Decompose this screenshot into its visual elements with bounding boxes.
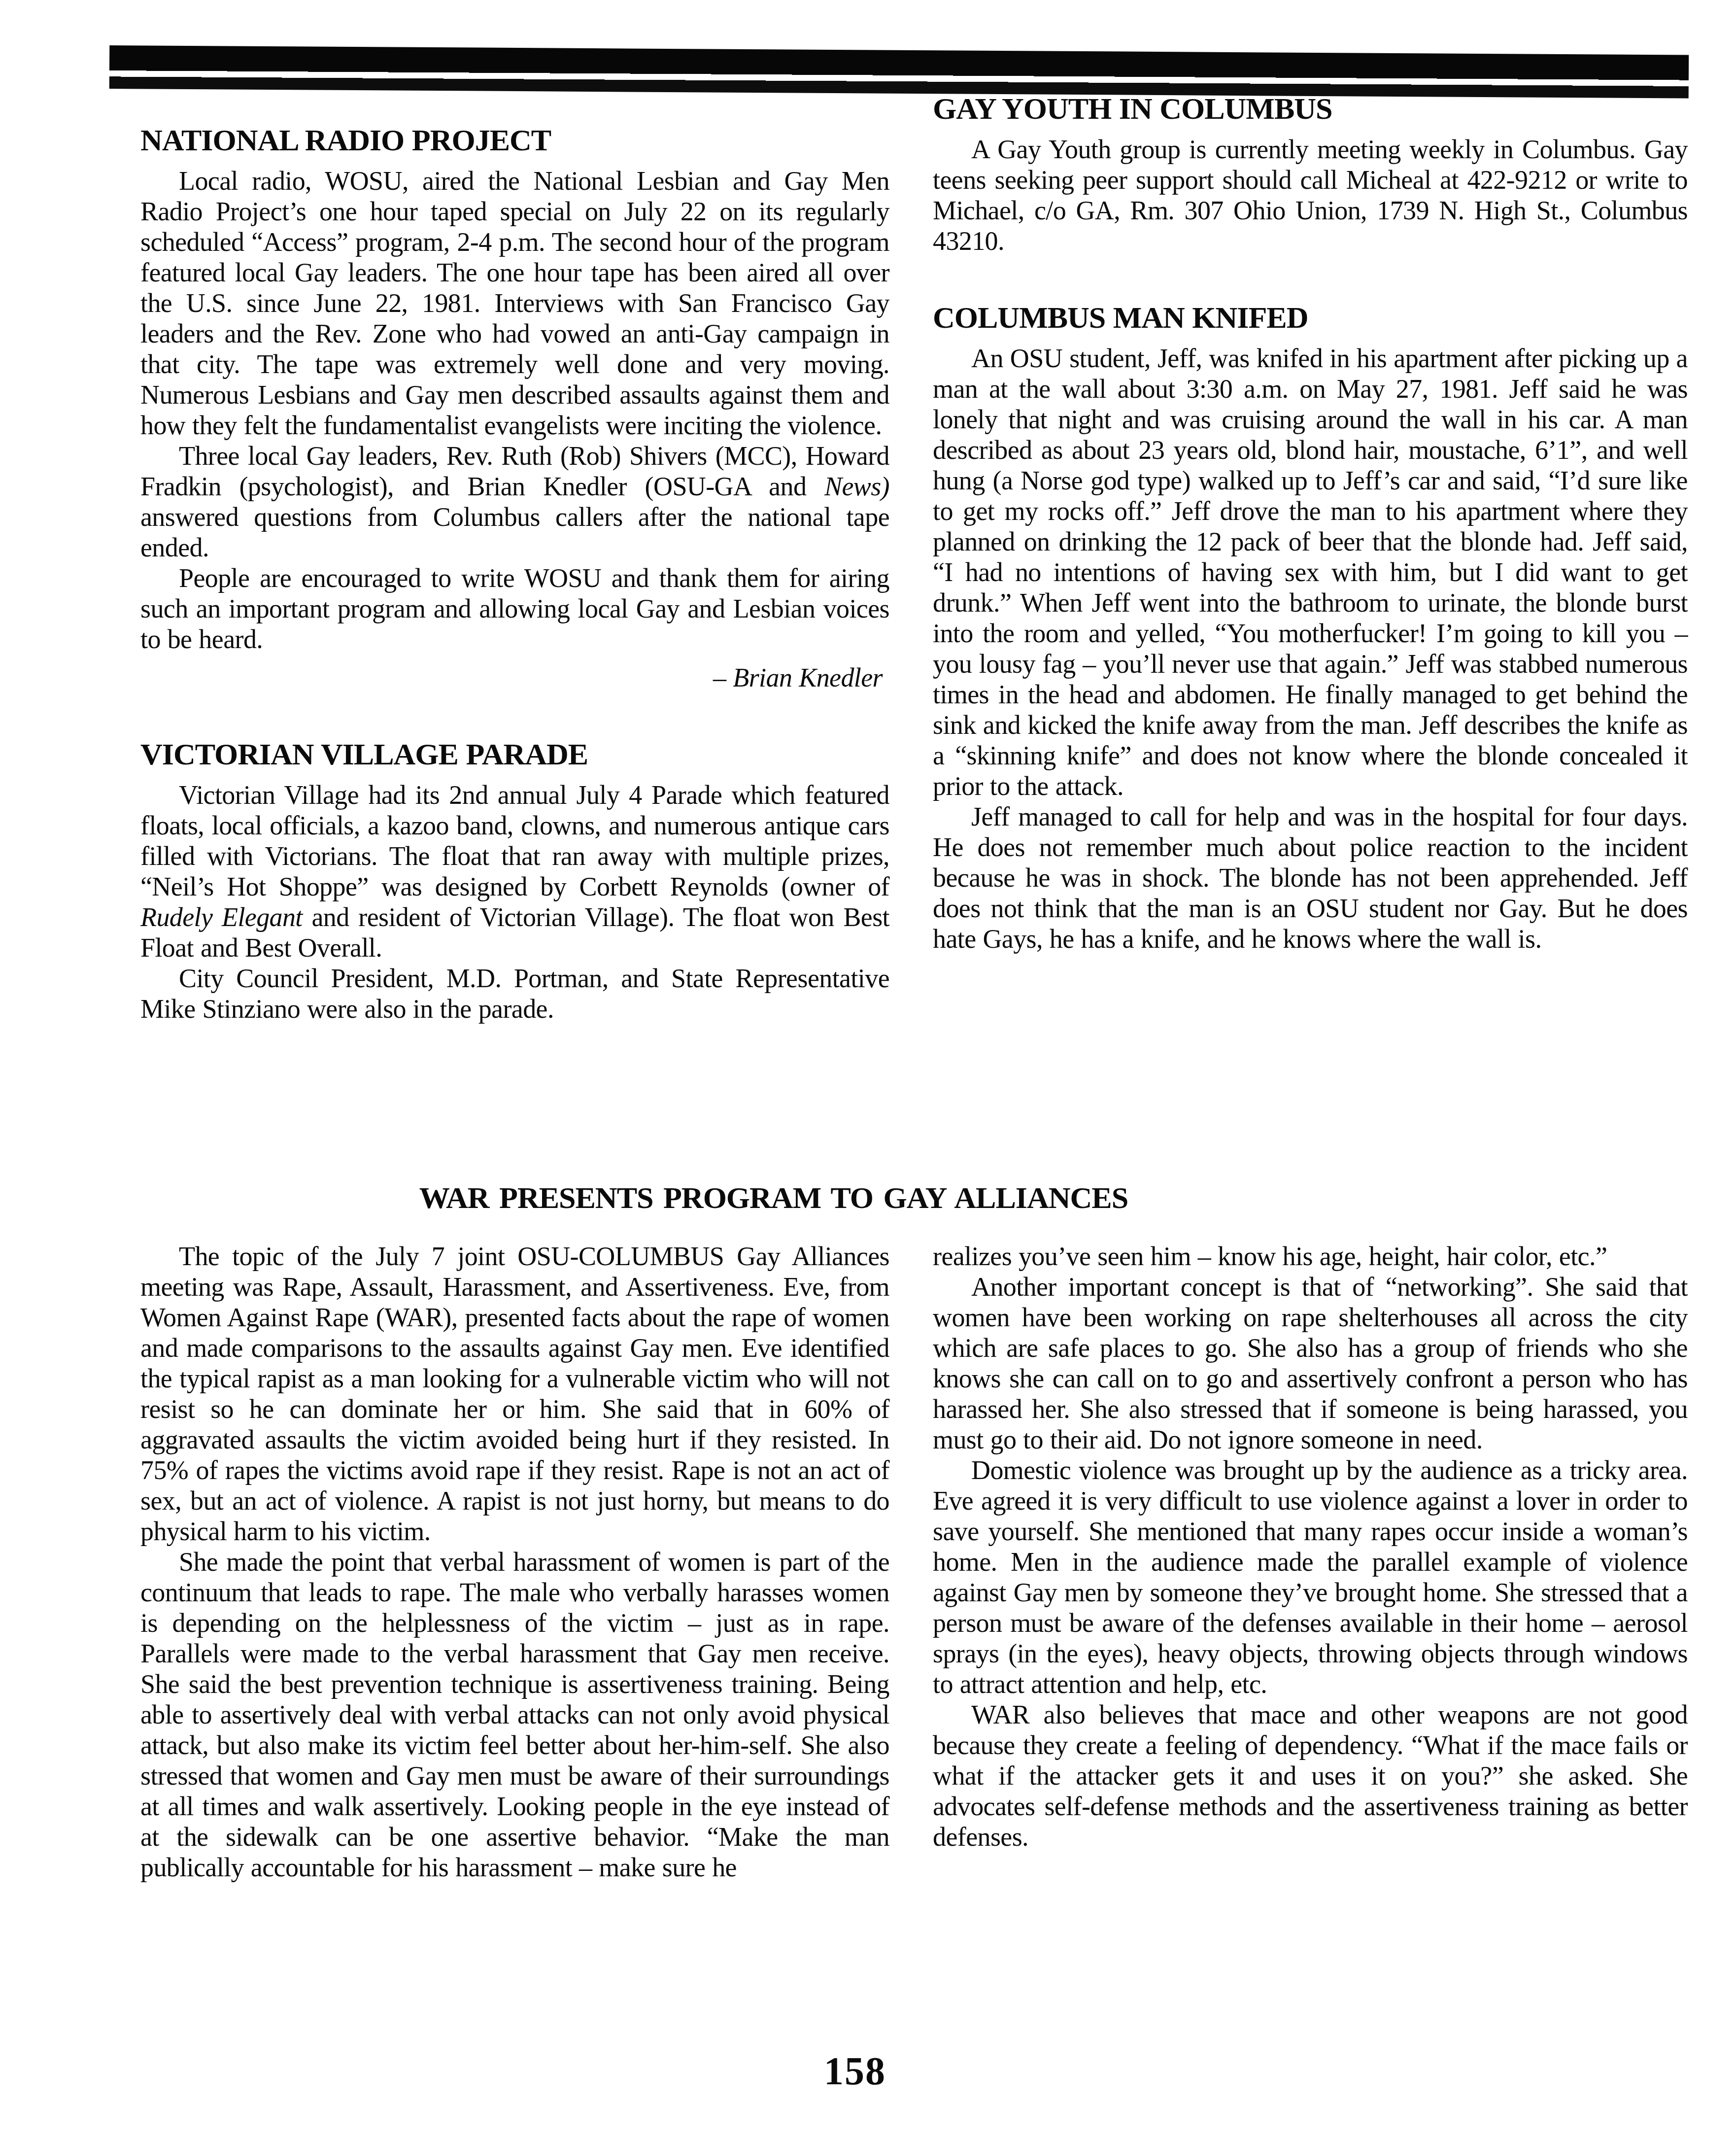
italic-text: News) bbox=[824, 472, 889, 501]
text-run: City Council President, M.D. Portman, an… bbox=[140, 964, 889, 1024]
italic-text: Rudely Elegant bbox=[140, 902, 303, 932]
newspaper-page: NATIONAL RADIO PROJECTLocal radio, WOSU,… bbox=[0, 0, 1736, 2138]
text-run: realizes you’ve seen him – know his age,… bbox=[933, 1241, 1607, 1271]
paragraph: An OSU student, Jeff, was knifed in his … bbox=[933, 343, 1688, 801]
column-bottom-left: The topic of the July 7 joint OSU-COLUMB… bbox=[140, 1241, 889, 1883]
article-title: NATIONAL RADIO PROJECT bbox=[140, 124, 889, 157]
article-title: VICTORIAN VILLAGE PARADE bbox=[140, 738, 889, 771]
text-run: A Gay Youth group is currently meeting w… bbox=[933, 135, 1688, 256]
column-top-left: NATIONAL RADIO PROJECTLocal radio, WOSU,… bbox=[140, 124, 889, 1024]
text-run: Victorian Village had its 2nd annual Jul… bbox=[140, 780, 889, 901]
paragraph: Another important concept is that of “ne… bbox=[933, 1272, 1688, 1455]
paragraph: WAR also believes that mace and other we… bbox=[933, 1699, 1688, 1852]
article: The topic of the July 7 joint OSU-COLUMB… bbox=[140, 1241, 889, 1883]
text-run: She made the point that verbal harassmen… bbox=[140, 1547, 889, 1882]
article-title: COLUMBUS MAN KNIFED bbox=[933, 302, 1688, 334]
article: realizes you’ve seen him – know his age,… bbox=[933, 1241, 1688, 1852]
top-rule bbox=[109, 45, 1689, 99]
column-bottom-right: realizes you’ve seen him – know his age,… bbox=[933, 1241, 1688, 1852]
paragraph: realizes you’ve seen him – know his age,… bbox=[933, 1241, 1688, 1272]
page-number: 158 bbox=[0, 2049, 1710, 2094]
article: VICTORIAN VILLAGE PARADEVictorian Villag… bbox=[140, 738, 889, 1024]
text-run: answered questions from Columbus callers… bbox=[140, 502, 889, 562]
paragraph: Local radio, WOSU, aired the National Le… bbox=[140, 166, 889, 441]
paragraph: City Council President, M.D. Portman, an… bbox=[140, 963, 889, 1024]
text-run: Three local Gay leaders, Rev. Ruth (Rob)… bbox=[140, 441, 889, 501]
text-run: Local radio, WOSU, aired the National Le… bbox=[140, 166, 889, 440]
article: GAY YOUTH IN COLUMBUSA Gay Youth group i… bbox=[933, 93, 1688, 256]
article: NATIONAL RADIO PROJECTLocal radio, WOSU,… bbox=[140, 124, 889, 693]
article: COLUMBUS MAN KNIFEDAn OSU student, Jeff,… bbox=[933, 302, 1688, 954]
article-byline: – Brian Knedler bbox=[140, 662, 889, 693]
text-run: An OSU student, Jeff, was knifed in his … bbox=[933, 344, 1688, 801]
paragraph: A Gay Youth group is currently meeting w… bbox=[933, 134, 1688, 256]
war-article-headline: WAR PRESENTS PROGRAM TO GAY ALLIANCES bbox=[0, 1181, 1547, 1216]
text-run: WAR also believes that mace and other we… bbox=[933, 1700, 1688, 1852]
text-run: Domestic violence was brought up by the … bbox=[933, 1455, 1688, 1699]
paragraph: She made the point that verbal harassmen… bbox=[140, 1547, 889, 1883]
text-run: Another important concept is that of “ne… bbox=[933, 1272, 1688, 1454]
paragraph: Victorian Village had its 2nd annual Jul… bbox=[140, 780, 889, 963]
paragraph: The topic of the July 7 joint OSU-COLUMB… bbox=[140, 1241, 889, 1547]
text-run: People are encouraged to write WOSU and … bbox=[140, 563, 889, 654]
article-title: GAY YOUTH IN COLUMBUS bbox=[933, 93, 1688, 125]
paragraph: Domestic violence was brought up by the … bbox=[933, 1455, 1688, 1699]
paragraph: Jeff managed to call for help and was in… bbox=[933, 801, 1688, 954]
text-run: Jeff managed to call for help and was in… bbox=[933, 802, 1688, 954]
text-run: The topic of the July 7 joint OSU-COLUMB… bbox=[140, 1241, 889, 1546]
column-top-right: GAY YOUTH IN COLUMBUSA Gay Youth group i… bbox=[933, 93, 1688, 954]
paragraph: People are encouraged to write WOSU and … bbox=[140, 563, 889, 655]
paragraph: Three local Gay leaders, Rev. Ruth (Rob)… bbox=[140, 441, 889, 563]
